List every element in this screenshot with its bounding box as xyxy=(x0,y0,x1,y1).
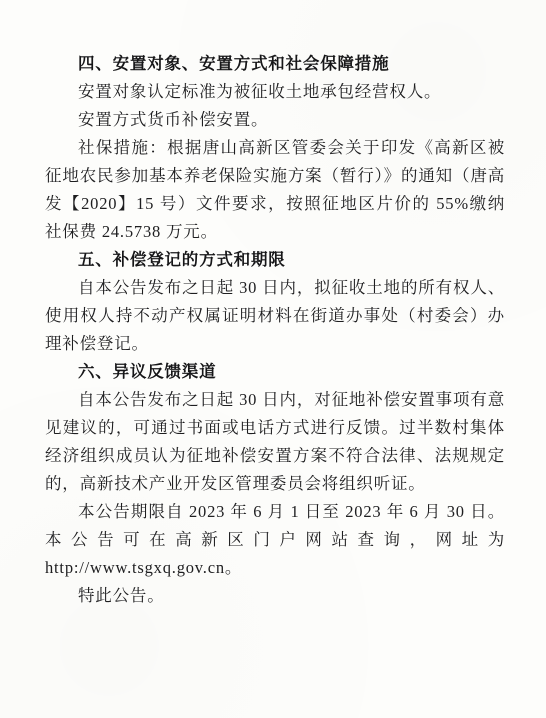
paragraph: 安置方式货币补偿安置。 xyxy=(45,106,505,134)
section-heading: 四、安置对象、安置方式和社会保障措施 xyxy=(45,50,505,78)
paragraph: 特此公告。 xyxy=(45,582,505,610)
paragraph: 自本公告发布之日起 30 日内，拟征收土地的所有权人、使用权人持不动产权属证明材… xyxy=(45,274,505,358)
section-heading: 六、异议反馈渠道 xyxy=(45,358,505,386)
section-resettlement: 四、安置对象、安置方式和社会保障措施 安置对象认定标准为被征收土地承包经营权人。… xyxy=(45,50,505,246)
section-heading: 五、补偿登记的方式和期限 xyxy=(45,246,505,274)
section-objection-feedback: 六、异议反馈渠道 自本公告发布之日起 30 日内，对征地补偿安置事项有意见建议的… xyxy=(45,358,505,610)
paragraph: 安置对象认定标准为被征收土地承包经营权人。 xyxy=(45,78,505,106)
document-page: 四、安置对象、安置方式和社会保障措施 安置对象认定标准为被征收土地承包经营权人。… xyxy=(0,0,546,718)
paragraph: 社保措施：根据唐山高新区管委会关于印发《高新区被征地农民参加基本养老保险实施方案… xyxy=(45,134,505,246)
paragraph: 自本公告发布之日起 30 日内，对征地补偿安置事项有意见建议的，可通过书面或电话… xyxy=(45,386,505,498)
section-compensation-registration: 五、补偿登记的方式和期限 自本公告发布之日起 30 日内，拟征收土地的所有权人、… xyxy=(45,246,505,358)
paragraph: 本公告期限自 2023 年 6 月 1 日至 2023 年 6 月 30 日。本… xyxy=(45,498,505,582)
